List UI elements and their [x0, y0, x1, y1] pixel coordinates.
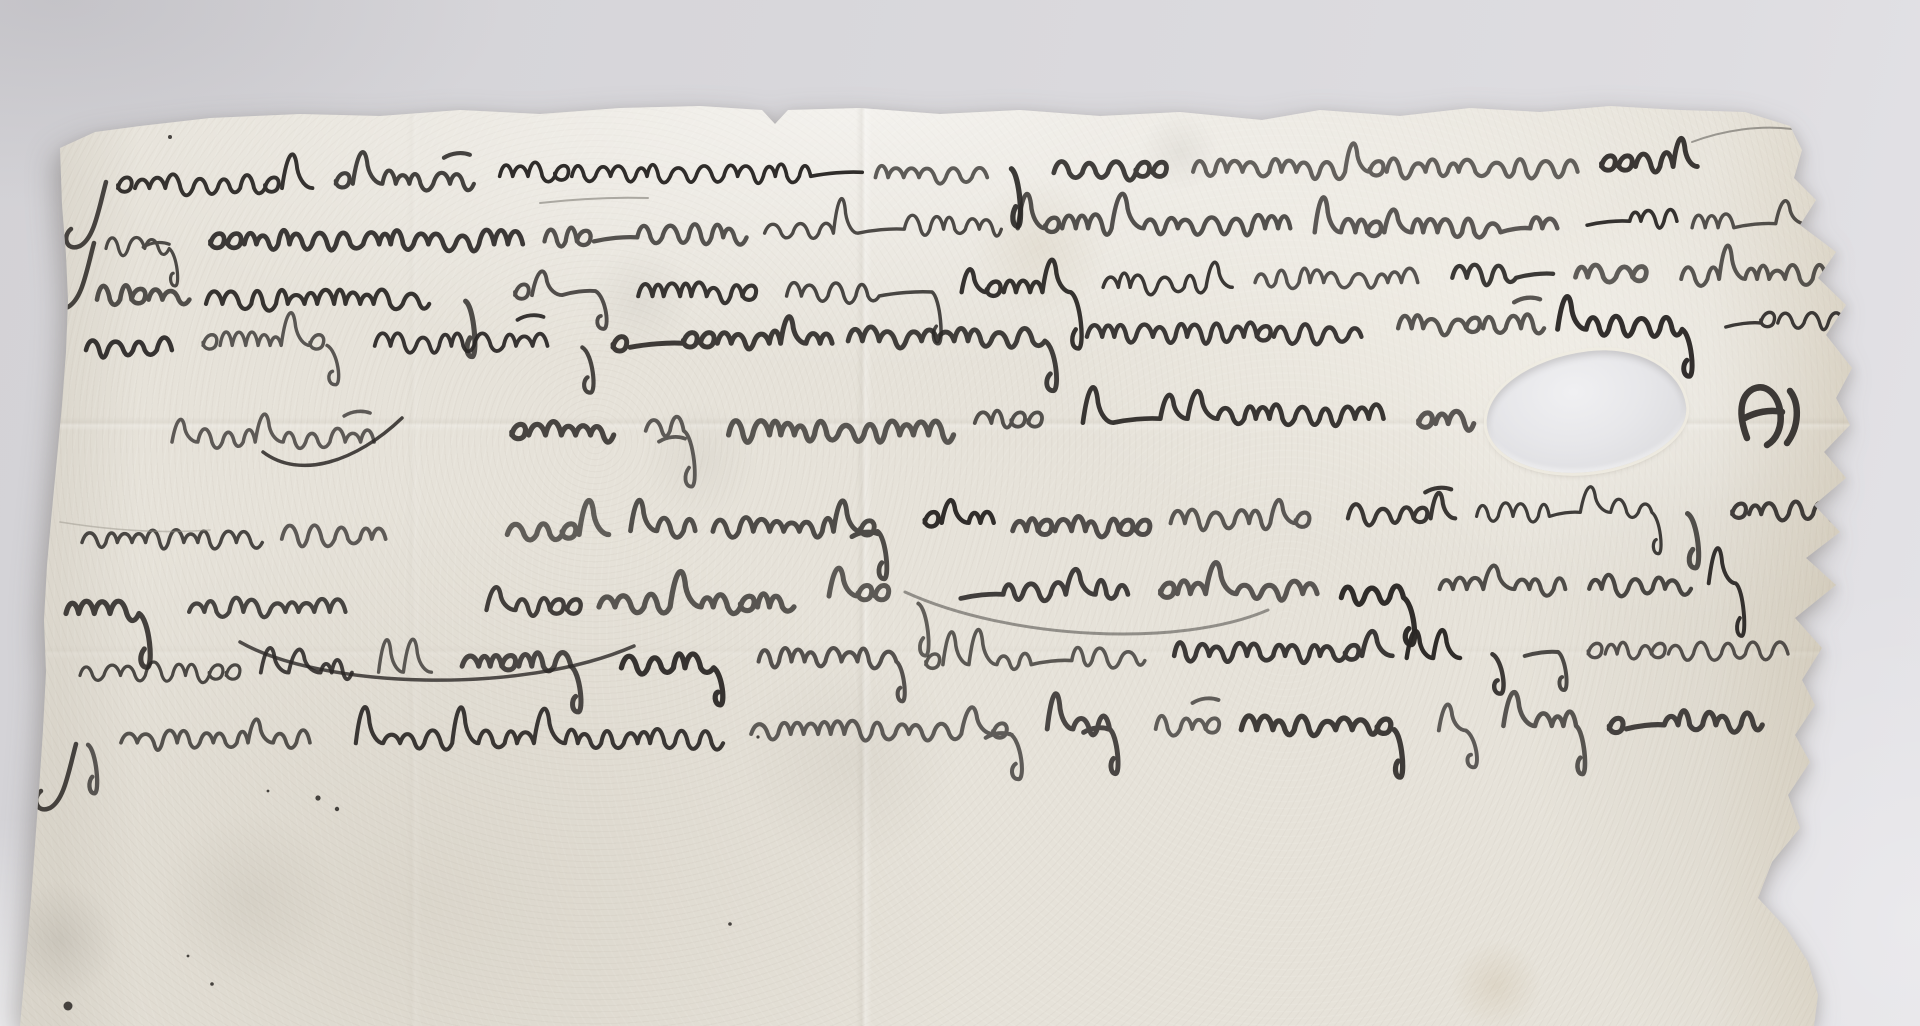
ink-stroke: [512, 422, 614, 442]
ink-stroke: [189, 598, 345, 617]
ink-stroke: [1681, 245, 1835, 285]
ink-stroke: [106, 237, 178, 286]
ink-stroke: [1452, 265, 1553, 285]
deckle-edge-tint: [0, 0, 1920, 1026]
fold-crease: [0, 645, 1920, 659]
ink-dot: [728, 922, 732, 926]
ink-stroke: [172, 411, 374, 448]
ink-stroke: [962, 260, 1082, 349]
ink-stroke: [975, 411, 1045, 428]
stain: [740, 650, 960, 870]
ink-stroke: [375, 315, 548, 353]
ink-dot: [756, 735, 759, 738]
ink-stroke: [599, 572, 794, 614]
ink-stroke: [829, 568, 892, 600]
ink-stroke: [379, 639, 432, 672]
ink-stroke: [121, 719, 310, 750]
ink-stroke: [462, 653, 581, 712]
ink-stroke: [1726, 312, 1844, 329]
ink-stroke: [1587, 210, 1677, 228]
ink-stroke: [1011, 169, 1020, 227]
ink-stroke: [1103, 262, 1232, 295]
ink-stroke: [1589, 575, 1691, 596]
ink-dot: [168, 135, 172, 139]
ink-stroke: [210, 230, 522, 251]
ink-stroke: [1398, 298, 1544, 336]
stain: [0, 880, 120, 1000]
ink-stroke: [261, 648, 352, 679]
stain: [1140, 112, 1220, 192]
ink-dot: [267, 790, 270, 793]
ink-stroke: [487, 587, 585, 616]
ink-stroke: [66, 601, 150, 667]
ink-stroke: [336, 152, 474, 190]
ink-stroke: [1054, 161, 1170, 180]
ink-stroke: [1492, 654, 1503, 694]
ink-stroke: [88, 745, 97, 794]
ink-stroke: [206, 290, 429, 311]
ink-dot: [64, 1002, 73, 1011]
stain: [160, 810, 340, 990]
ink-stroke: [765, 199, 1002, 239]
ink-stroke: [1083, 387, 1384, 425]
ink-stroke: [787, 283, 941, 344]
handwriting-ink-layer: [0, 0, 1920, 1026]
ink-stroke: [1018, 194, 1291, 236]
ink-stroke: [1171, 500, 1313, 530]
ink-stroke: [1341, 586, 1414, 645]
ink-stroke: [925, 500, 994, 526]
ink-stroke: [613, 317, 832, 351]
ink-stroke: [203, 313, 339, 385]
ink-stroke: [1013, 517, 1153, 537]
ink-stroke: [1503, 692, 1585, 774]
ink-stroke: [507, 500, 608, 539]
stain: [640, 400, 760, 520]
ink-stroke: [545, 224, 747, 246]
ink-stroke: [80, 662, 243, 683]
ink-stroke: [466, 301, 475, 356]
ink-stroke: [646, 417, 695, 487]
manuscript-sheet-wrapper: [0, 0, 1920, 1026]
ink-stroke: [1407, 630, 1460, 658]
ink-stroke: [848, 327, 1056, 391]
ink-stroke: [751, 707, 1022, 779]
ink-stroke: [60, 522, 210, 532]
manuscript-photo: [0, 0, 1920, 1026]
ink-stroke: [1688, 514, 1699, 568]
ink-stroke: [1241, 716, 1402, 777]
ink-stroke: [540, 198, 648, 203]
ink-stroke: [1193, 143, 1578, 179]
ink-stroke: [876, 166, 988, 184]
ink-stroke: [1161, 563, 1318, 601]
ink-stroke: [926, 630, 1145, 670]
ink-stroke: [905, 592, 1268, 634]
ink-stroke: [1602, 138, 1698, 172]
ink-stroke: [82, 530, 262, 549]
ink-stroke: [1156, 698, 1223, 735]
stain: [970, 176, 1110, 316]
ink-stroke: [713, 501, 887, 579]
ink-stroke: [621, 654, 722, 705]
ink-stroke: [638, 282, 759, 303]
ink-stroke: [1588, 642, 1788, 660]
ink-stroke: [240, 642, 634, 680]
ink-stroke: [1439, 704, 1477, 767]
ink-stroke: [729, 421, 954, 443]
ink-stroke: [1692, 128, 1792, 142]
ink-stroke: [1477, 487, 1661, 554]
ink-stroke: [500, 162, 863, 183]
ink-stroke: [1047, 694, 1118, 774]
ink-stroke: [282, 525, 386, 546]
ink-stroke: [1741, 387, 1796, 445]
ink-stroke: [1692, 201, 1805, 228]
ink-dot: [210, 982, 214, 986]
ink-stroke: [263, 418, 402, 465]
ink-stroke: [1576, 265, 1650, 282]
ink-stroke: [1087, 323, 1361, 345]
ink-stroke: [759, 648, 905, 701]
fold-crease: [856, 0, 872, 1026]
worm-hole: [1479, 340, 1692, 483]
ink-stroke: [961, 569, 1128, 600]
ink-stroke: [54, 243, 94, 308]
ink-stroke: [66, 182, 106, 247]
ink-stroke: [118, 154, 312, 195]
stain: [585, 245, 695, 355]
ink-stroke: [515, 271, 607, 329]
ink-stroke: [631, 500, 696, 537]
ink-stroke: [1525, 652, 1567, 690]
manuscript-sheet: [0, 0, 1920, 1026]
ink-stroke: [1174, 631, 1392, 663]
fold-crease: [406, 0, 422, 1026]
ink-dot: [335, 807, 339, 811]
ink-stroke: [36, 744, 76, 809]
ink-dot: [315, 795, 320, 800]
ink-stroke: [97, 285, 189, 304]
ink-stroke: [1732, 500, 1861, 521]
ink-stroke: [1609, 711, 1762, 733]
ink-stroke: [1440, 566, 1566, 596]
ink-stroke: [1348, 488, 1455, 526]
ink-stroke: [1419, 411, 1474, 430]
stain: [1450, 939, 1542, 1026]
ink-stroke: [1709, 548, 1745, 636]
ink-dot: [187, 955, 190, 958]
ink-stroke: [1255, 268, 1418, 288]
ink-stroke: [86, 338, 172, 358]
ink-stroke: [918, 604, 928, 656]
ink-stroke: [1315, 197, 1558, 237]
ink-stroke: [356, 707, 723, 749]
ink-stroke: [582, 347, 593, 392]
